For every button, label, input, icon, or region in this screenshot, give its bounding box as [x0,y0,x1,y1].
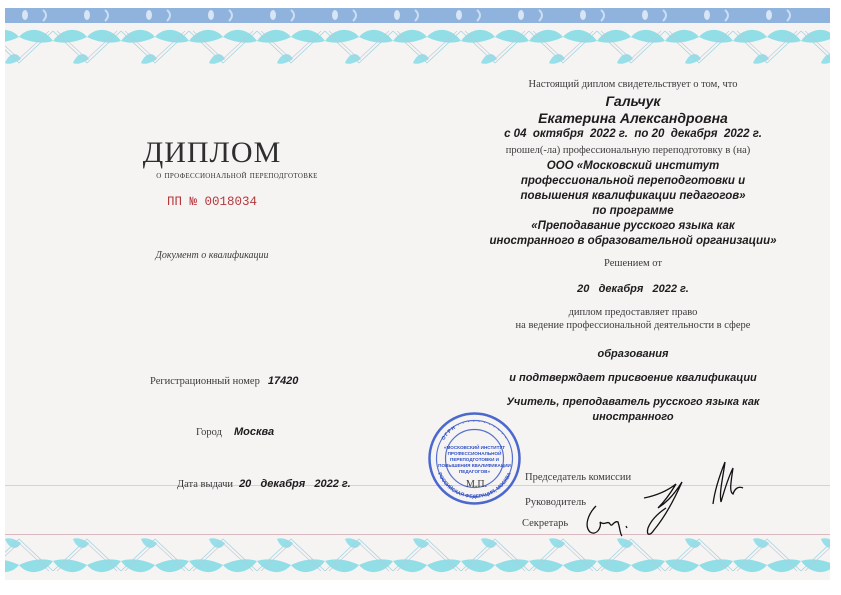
registration-row: Регистрационный номер 17420 [150,371,298,389]
head-signature [640,478,685,540]
svg-text:ПРОФЕССИОНАЛЬНОЙ: ПРОФЕССИОНАЛЬНОЙ [448,449,502,456]
seal-mark: М.П. [466,479,487,490]
qualification-line: иностранного [592,411,673,423]
study-period: с 04 октября 2022 г. по 20 декабря 2022 … [504,128,762,140]
graduate-surname: Гальчук [605,93,660,109]
registration-number: 17420 [268,375,299,387]
secretary-signature [582,502,632,538]
chair-label: Председатель комиссии [525,472,631,483]
serial-number: ПП № 0018034 [167,195,257,209]
city-value: Москва [234,426,274,438]
grants-text: на ведение профессиональной деятельности… [516,320,751,331]
decision-date: 20 декабря 2022 г. [577,283,689,295]
chair-signature [705,458,745,508]
top-border-strip [5,8,830,23]
passed-text: прошел(-ла) профессиональную переподгото… [506,145,751,156]
issue-date-row: Дата выдачи 20 декабря 2022 г. [177,474,351,492]
city-row: Город Москва [196,422,274,440]
document-type: Документ о квалификации [155,250,268,261]
qualification-line: Учитель, преподаватель русского языка ка… [506,396,759,408]
intro-text: Настоящий диплом свидетельствует о том, … [529,79,738,90]
top-ornament-border [5,23,830,67]
svg-text:«МОСКОВСКИЙ ИНСТИТУТ: «МОСКОВСКИЙ ИНСТИТУТ [444,443,505,450]
grants-text: диплом предоставляет право [569,307,698,318]
svg-text:ОГРН · · · · · · · · · · ·: ОГРН · · · · · · · · · · · [441,419,509,441]
decision-label: Решением от [604,258,662,269]
diploma-title: ДИПЛОМ [143,136,281,170]
official-stamp: РОССИЙСКАЯ ФЕДЕРАЦИЯ, МОСКВА ОГРН · · · … [427,411,522,506]
confirms-text: и подтверждает присвоение квалификации [509,372,757,384]
secretary-label: Секретарь [522,518,568,529]
bottom-ornament-border [5,535,830,579]
city-label: Город [196,427,222,438]
organization-line: повышения квалификации педагогов» [520,190,745,202]
organization-line: профессиональной переподготовки и [521,175,745,187]
issue-date-value: 20 декабря 2022 г. [239,478,351,490]
field-of-activity: образования [597,348,668,360]
svg-text:ПОВЫШЕНИЯ КВАЛИФИКАЦИИ: ПОВЫШЕНИЯ КВАЛИФИКАЦИИ [438,463,511,468]
diploma-subtitle: о профессиональной переподготовке [156,170,318,181]
issue-date-label: Дата выдачи [177,479,233,490]
program-label: по программе [592,205,673,217]
registration-label: Регистрационный номер [150,376,260,387]
svg-text:ПЕДАГОГОВ»: ПЕДАГОГОВ» [459,469,491,474]
svg-text:ПЕРЕПОДГОТОВКИ И: ПЕРЕПОДГОТОВКИ И [450,457,499,462]
graduate-given-names: Екатерина Александровна [538,110,728,126]
head-label: Руководитель [525,497,586,508]
program-line: «Преподавание русского языка как [531,220,734,232]
organization-line: ООО «Московский институт [547,160,720,172]
program-line: иностранного в образовательной организац… [490,235,777,247]
